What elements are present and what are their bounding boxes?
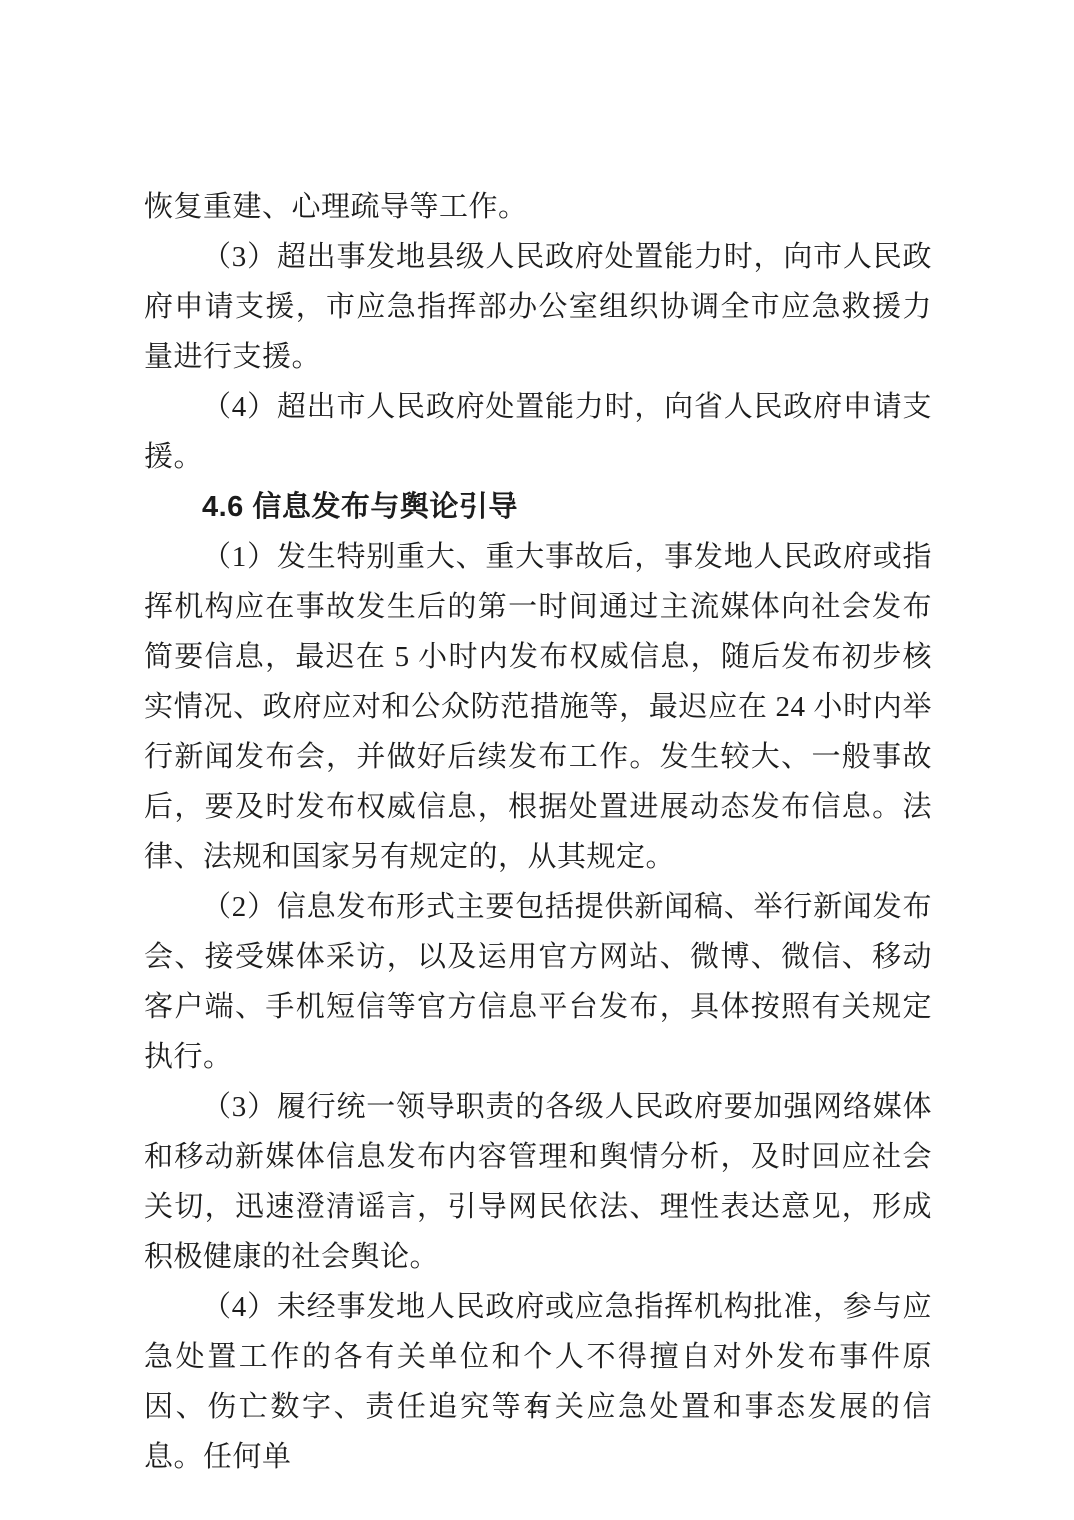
page-number: 29 xyxy=(0,1393,1074,1421)
paragraph: （1）发生特别重大、重大事故后，事发地人民政府或指挥机构应在事故发生后的第一时间… xyxy=(144,532,932,882)
document-page: 恢复重建、心理疏导等工作。（3）超出事发地县级人民政府处置能力时，向市人民政府申… xyxy=(0,0,1074,1520)
paragraph: （3）履行统一领导职责的各级人民政府要加强网络媒体和移动新媒体信息发布内容管理和… xyxy=(144,1082,932,1282)
paragraph: （2）信息发布形式主要包括提供新闻稿、举行新闻发布会、接受媒体采访，以及运用官方… xyxy=(144,882,932,1082)
paragraph: （3）超出事发地县级人民政府处置能力时，向市人民政府申请支援，市应急指挥部办公室… xyxy=(144,232,932,382)
section-heading: 4.6 信息发布与舆论引导 xyxy=(144,482,932,532)
document-body: 恢复重建、心理疏导等工作。（3）超出事发地县级人民政府处置能力时，向市人民政府申… xyxy=(144,182,932,1482)
paragraph: （4）超出市人民政府处置能力时，向省人民政府申请支援。 xyxy=(144,382,932,482)
paragraph: 恢复重建、心理疏导等工作。 xyxy=(144,182,932,232)
paragraph: （4）未经事发地人民政府或应急指挥机构批准，参与应急处置工作的各有关单位和个人不… xyxy=(144,1282,932,1482)
